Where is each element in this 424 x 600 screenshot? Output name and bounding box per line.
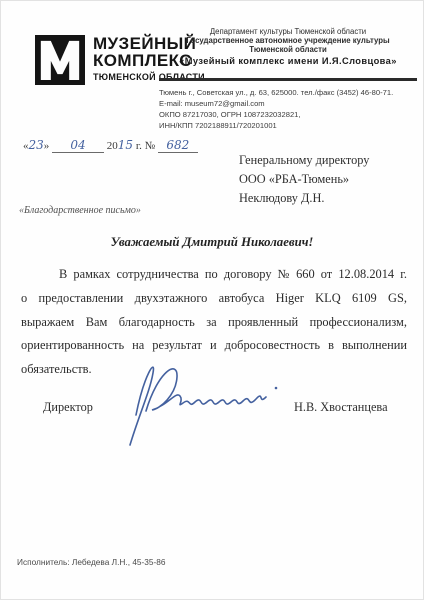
- year-printed: 20: [107, 140, 118, 152]
- org-department-line: Департамент культуры Тюменской области: [159, 27, 417, 36]
- date-number-line: «23» 04 2015 г. № 682: [23, 138, 198, 153]
- contact-email: E-mail: museum72@gmail.com: [159, 98, 393, 109]
- contact-inn-kpp: ИНН/КПП 7202188911/720201001: [159, 120, 393, 131]
- handwritten-number: 682: [166, 138, 189, 152]
- quote-close: »: [44, 140, 50, 152]
- letterhead-divider: [159, 78, 417, 81]
- org-institution-line: Государственное автономное учреждение ку…: [159, 36, 417, 45]
- signer-title: Директор: [43, 400, 93, 415]
- contact-okpo-ogrn: ОКПО 87217030, ОГРН 1087232032821,: [159, 109, 393, 120]
- handwritten-day: 23: [29, 138, 44, 152]
- handwritten-year: 15: [118, 138, 133, 152]
- executor-line: Исполнитель: Лебедева Л.Н., 45-35-86: [17, 557, 166, 567]
- number-underline: 682: [158, 138, 198, 153]
- signer-name: Н.В. Хвостанцева: [294, 400, 388, 415]
- letter-page: МУЗЕЙНЫЙ КОМПЛЕКС ТЮМЕНСКОЙ ОБЛАСТИ Депа…: [0, 0, 424, 600]
- number-sign-label: г. №: [133, 140, 158, 152]
- recipient-block: Генеральному директору ООО «РБА-Тюмень» …: [239, 151, 369, 208]
- salutation: Уважаемый Дмитрий Николаевич!: [1, 235, 423, 250]
- recipient-name: Неклюдову Д.Н.: [239, 189, 369, 208]
- org-region-line: Тюменской области: [159, 45, 417, 54]
- recipient-company: ООО «РБА-Тюмень»: [239, 170, 369, 189]
- contacts-block: Тюмень г., Советская ул., д. 63, 625000.…: [159, 87, 393, 131]
- organization-block: Департамент культуры Тюменской области Г…: [159, 27, 417, 66]
- letter-subject: «Благодарственное письмо»: [19, 205, 141, 216]
- museum-logo-icon: [35, 35, 85, 85]
- handwritten-month: 04: [70, 138, 85, 152]
- recipient-position: Генеральному директору: [239, 151, 369, 170]
- contact-address: Тюмень г., Советская ул., д. 63, 625000.…: [159, 87, 393, 98]
- handwritten-signature-icon: [106, 353, 296, 448]
- logo-subtitle: ТЮМЕНСКОЙ ОБЛАСТИ: [93, 72, 205, 82]
- month-underline: 04: [52, 138, 104, 153]
- org-name-line: «Музейный комплекс имени И.Я.Словцова»: [159, 56, 417, 66]
